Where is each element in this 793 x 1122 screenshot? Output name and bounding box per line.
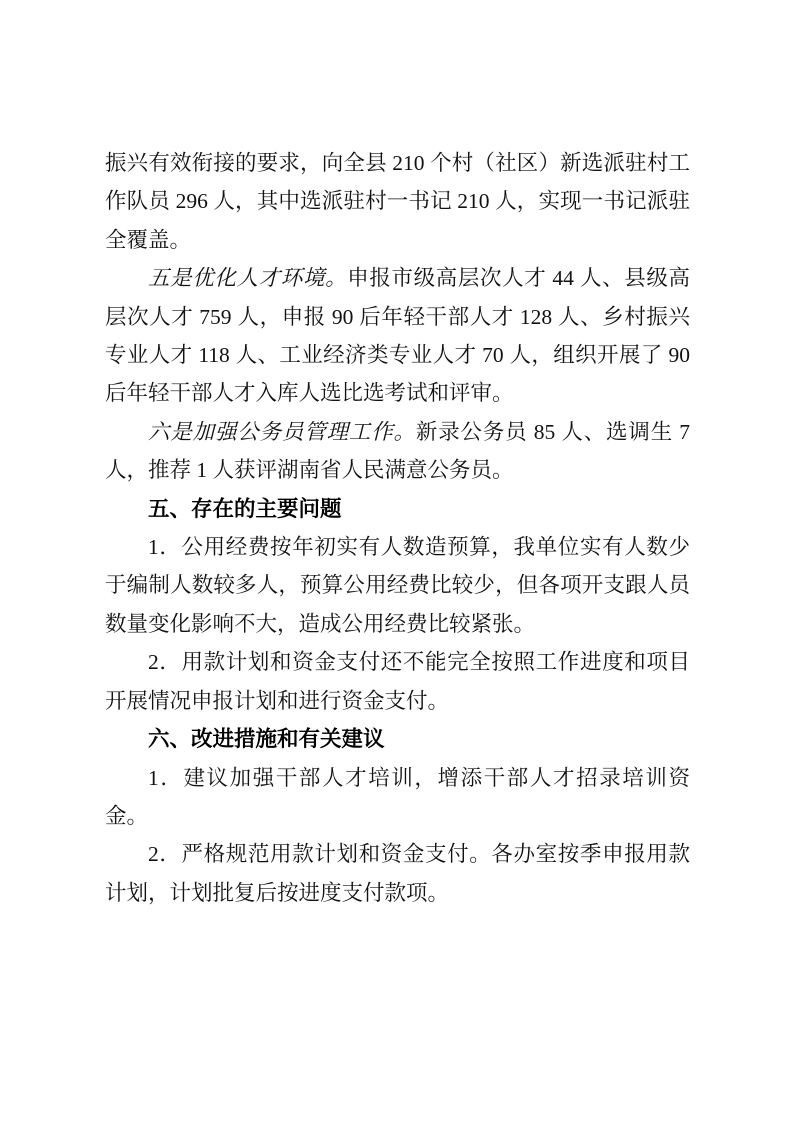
- paragraph-text: 1．公用经费按年初实有人数造预算，我单位实有人数少于编制人数较多人，预算公用经费…: [105, 535, 690, 636]
- paragraph: 2．严格规范用款计划和资金支付。各办室按季申报用款计划，计划批复后按进度支付款项…: [105, 835, 690, 912]
- paragraph-text: 1．建议加强干部人才培训，增添干部人才招录培训资金。: [105, 766, 690, 828]
- paragraph: 六是加强公务员管理工作。新录公务员 85 人、选调生 7 人，推荐 1 人获评湖…: [105, 413, 690, 490]
- paragraph: 1．公用经费按年初实有人数造预算，我单位实有人数少于编制人数较多人，预算公用经费…: [105, 528, 690, 643]
- section-heading-problems: 五、存在的主要问题: [105, 490, 690, 528]
- document-body: 振兴有效衔接的要求，向全县 210 个村（社区）新选派驻村工作队员 296 人，…: [105, 144, 690, 912]
- paragraph-text: 振兴有效衔接的要求，向全县 210 个村（社区）新选派驻村工作队员 296 人，…: [105, 151, 690, 252]
- section-heading-suggestions: 六、改进措施和有关建议: [105, 720, 690, 758]
- paragraph-text: 2．用款计划和资金支付还不能完全按照工作进度和项目开展情况申报计划和进行资金支付…: [105, 650, 690, 712]
- paragraph: 1．建议加强干部人才培训，增添干部人才招录培训资金。: [105, 759, 690, 836]
- heading-text: 六、改进措施和有关建议: [148, 727, 385, 751]
- paragraph-lead-kai: 五是优化人才环境。: [148, 266, 347, 290]
- heading-text: 五、存在的主要问题: [148, 497, 342, 521]
- paragraph: 五是优化人才环境。申报市级高层次人才 44 人、县级高层次人才 759 人，申报…: [105, 259, 690, 413]
- document-page: 振兴有效衔接的要求，向全县 210 个村（社区）新选派驻村工作队员 296 人，…: [0, 0, 793, 1122]
- paragraph-lead-kai: 六是加强公务员管理工作。: [148, 420, 416, 444]
- paragraph-continuation: 振兴有效衔接的要求，向全县 210 个村（社区）新选派驻村工作队员 296 人，…: [105, 144, 690, 259]
- paragraph-text: 2．严格规范用款计划和资金支付。各办室按季申报用款计划，计划批复后按进度支付款项…: [105, 842, 690, 904]
- paragraph: 2．用款计划和资金支付还不能完全按照工作进度和项目开展情况申报计划和进行资金支付…: [105, 643, 690, 720]
